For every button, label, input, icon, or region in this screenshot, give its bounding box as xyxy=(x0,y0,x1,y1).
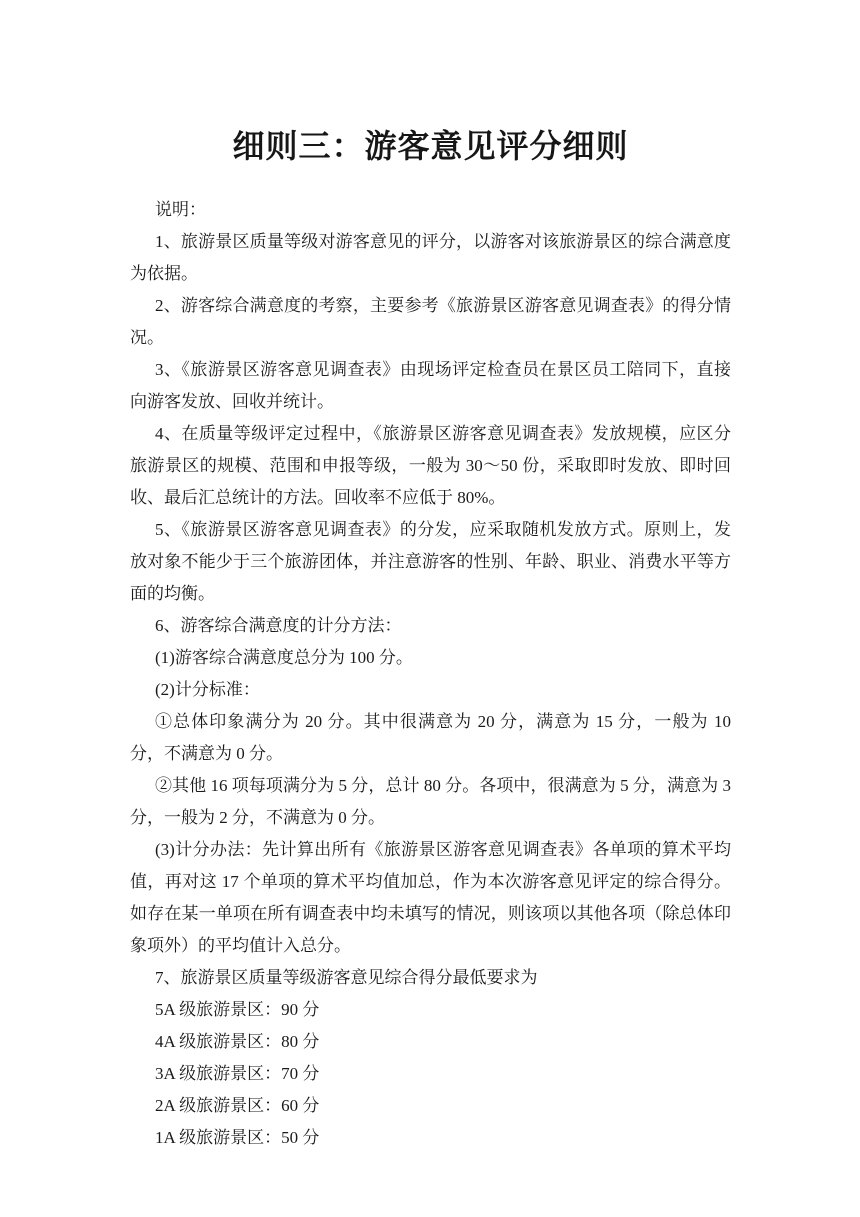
paragraph-2: 2、游客综合满意度的考察，主要参考《旅游景区游客意见调查表》的得分情况。 xyxy=(130,290,731,354)
subitem-3: (3)计分办法：先计算出所有《旅游景区游客意见调查表》各单项的算术平均值，再对这… xyxy=(130,834,731,962)
subitem-circle-2: ②其他 16 项每项满分为 5 分，总计 80 分。各项中，很满意为 5 分，满… xyxy=(130,770,731,834)
intro-label: 说明： xyxy=(130,194,731,226)
grade-line-3a: 3A 级旅游景区：70 分 xyxy=(130,1058,731,1090)
subitem-circle-1: ①总体印象满分为 20 分。其中很满意为 20 分，满意为 15 分，一般为 1… xyxy=(130,706,731,770)
paragraph-3: 3、《旅游景区游客意见调查表》由现场评定检查员在景区员工陪同下，直接向游客发放、… xyxy=(130,354,731,418)
paragraph-1: 1、旅游景区质量等级对游客意见的评分，以游客对该旅游景区的综合满意度为依据。 xyxy=(130,226,731,290)
paragraph-4: 4、在质量等级评定过程中，《旅游景区游客意见调查表》发放规模，应区分旅游景区的规… xyxy=(130,418,731,514)
document-page: 细则三：游客意见评分细则 说明： 1、旅游景区质量等级对游客意见的评分，以游客对… xyxy=(0,0,860,1217)
grade-line-4a: 4A 级旅游景区：80 分 xyxy=(130,1026,731,1058)
document-title: 细则三：游客意见评分细则 xyxy=(130,126,731,168)
subitem-2: (2)计分标准： xyxy=(130,674,731,706)
paragraph-7: 7、旅游景区质量等级游客意见综合得分最低要求为 xyxy=(130,962,731,994)
grade-line-1a: 1A 级旅游景区：50 分 xyxy=(130,1122,731,1154)
subitem-1: (1)游客综合满意度总分为 100 分。 xyxy=(130,642,731,674)
grade-line-5a: 5A 级旅游景区：90 分 xyxy=(130,994,731,1026)
paragraph-6: 6、游客综合满意度的计分方法： xyxy=(130,610,731,642)
grade-line-2a: 2A 级旅游景区：60 分 xyxy=(130,1090,731,1122)
paragraph-5: 5、《旅游景区游客意见调查表》的分发，应采取随机发放方式。原则上，发放对象不能少… xyxy=(130,514,731,610)
